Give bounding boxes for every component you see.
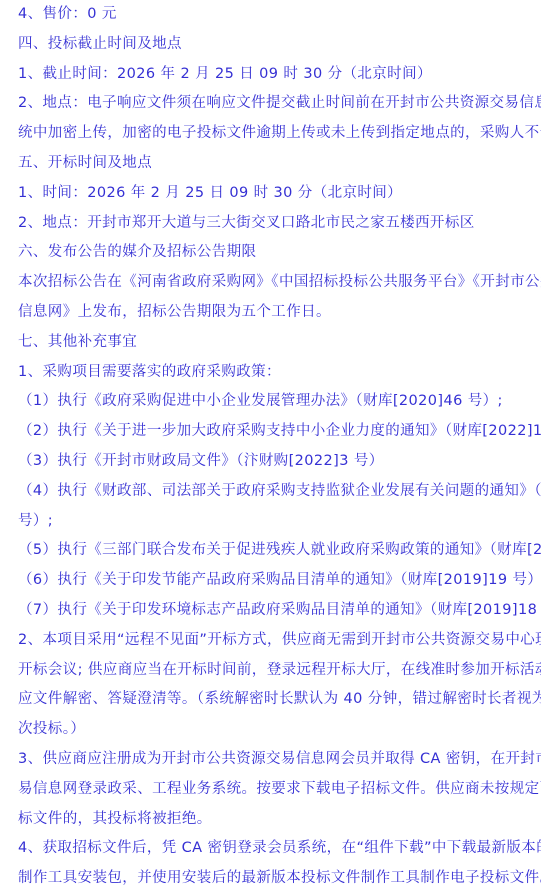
- doc-line: 开标会议; 供应商应当在开标时间前，登录远程开标大厅，在线准时参加开标活动并进行…: [18, 656, 541, 686]
- doc-line: 易信息网登录政采、工程业务系统。按要求下载电子招标文件。供应商未按规定下载电子招: [18, 775, 541, 805]
- doc-line: 标文件的，其投标将被拒绝。: [18, 805, 541, 835]
- doc-line: 本次招标公告在《河南省政府采购网》《中国招标投标公共服务平台》《开封市公共资源交…: [18, 268, 541, 298]
- doc-line: 号）;: [18, 507, 541, 537]
- doc-line: （4）执行《财政部、司法部关于政府采购支持监狱企业发展有关问题的通知》（财库[2…: [18, 477, 541, 507]
- doc-line: 3、供应商应注册成为开封市公共资源交易信息网会员并取得 CA 密钥，在开封市公共…: [18, 745, 541, 775]
- doc-line-section-heading: 六、发布公告的媒介及招标公告期限: [18, 238, 541, 268]
- doc-line: 1、采购项目需要落实的政府采购政策：: [18, 358, 541, 388]
- doc-line-section-heading: 七、其他补充事宜: [18, 328, 541, 358]
- doc-line: 2、本项目采用“远程不见面”开标方式，供应商无需到开封市公共资源交易中心现场参加: [18, 626, 541, 656]
- doc-line: （2）执行《关于进一步加大政府采购支持中小企业力度的通知》（财库[2022]19…: [18, 417, 541, 447]
- doc-line: 次投标。）: [18, 715, 541, 745]
- doc-line: 4、获取招标文件后，凭 CA 密钥登录会员系统，在“组件下载”中下载最新版本的投…: [18, 834, 541, 864]
- doc-line: 制作工具安装包，并使用安装后的最新版本投标文件制作工具制作电子投标文件。供应商系: [18, 864, 541, 894]
- doc-line: 2、地点：电子响应文件须在响应文件提交截止时间前在开封市公共资源交易信息网会员系: [18, 89, 541, 119]
- doc-line: 2、地点：开封市郑开大道与三大街交叉口路北市民之家五楼西开标区: [18, 209, 541, 239]
- doc-line: 应文件解密、答疑澄清等。（系统解密时长默认为 40 分钟，错过解密时长者视为自动…: [18, 685, 541, 715]
- doc-line: 信息网》上发布，招标公告期限为五个工作日。: [18, 298, 541, 328]
- doc-line: 1、时间：2026 年 2 月 25 日 09 时 30 分（北京时间）: [18, 179, 541, 209]
- doc-line: （7）执行《关于印发环境标志产品政府采购品目清单的通知》（财库[2019]18 …: [18, 596, 541, 626]
- doc-line: （3）执行《开封市财政局文件》（汴财购[2022]3 号）: [18, 447, 541, 477]
- doc-line-section-heading: 五、开标时间及地点: [18, 149, 541, 179]
- doc-line: 统中加密上传，加密的电子投标文件逾期上传或未上传到指定地点的，采购人不予受理。: [18, 119, 541, 149]
- doc-line: （6）执行《关于印发节能产品政府采购品目清单的通知》（财库[2019]19 号）…: [18, 566, 541, 596]
- document-body: 4、售价：0 元 四、投标截止时间及地点 1、截止时间：2026 年 2 月 2…: [18, 0, 541, 894]
- doc-line: 1、截止时间：2026 年 2 月 25 日 09 时 30 分（北京时间）: [18, 60, 541, 90]
- doc-line: 4、售价：0 元: [18, 0, 541, 30]
- document-page: 4、售价：0 元 四、投标截止时间及地点 1、截止时间：2026 年 2 月 2…: [0, 0, 545, 894]
- doc-line-section-heading: 四、投标截止时间及地点: [18, 30, 541, 60]
- doc-line: （5）执行《三部门联合发布关于促进残疾人就业政府采购政策的通知》（财库[2017…: [18, 536, 541, 566]
- doc-line: （1）执行《政府采购促进中小企业发展管理办法》（财库[2020]46 号）;: [18, 387, 541, 417]
